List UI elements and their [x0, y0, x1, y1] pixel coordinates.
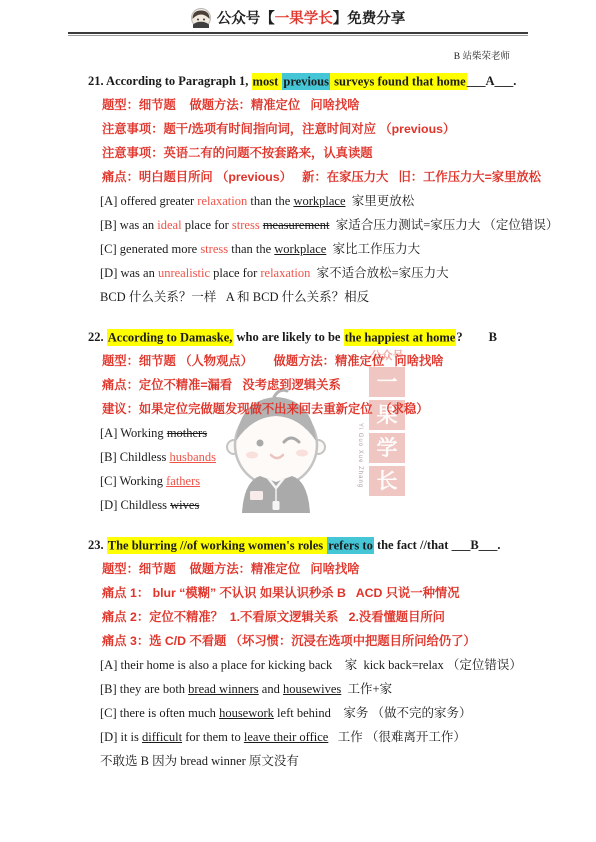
option-b: [B] was an ideal place for stress measur… [100, 217, 560, 233]
analysis-line: 注意事项：题干/选项有时间指向词，注意时间对应 （previous） [102, 121, 560, 137]
byline-author: B 站柴荣老师 [0, 48, 510, 62]
yellow-highlighted-text: According to Damaske, [107, 329, 234, 346]
analysis-line: 痛点 2：定位不精准？ 1.不看原文逻辑关系 2.没看懂题目所问 [102, 609, 560, 625]
text-segment: [A] their home is also a place for kicki… [100, 658, 522, 672]
text-segment: for them to [182, 730, 244, 744]
answer-blank: ___A___. [467, 74, 517, 88]
option-c: [C] generated more stress than the workp… [100, 241, 560, 257]
turquoise-highlighted-text: previous [282, 73, 330, 90]
header-title: 公众号【一果学长】免费分享 [217, 7, 406, 28]
document-page: 公众号【一果学长】免费分享 B 站柴荣老师 公众号 一 果 学 长 Yi Gu [0, 0, 596, 842]
header-title-prefix: 公众号【 [217, 11, 275, 27]
chinese-annotation: 工作+家 [341, 682, 392, 696]
text-segment: who are likely to be [233, 330, 343, 344]
text-segment: [A] offered greater [100, 194, 197, 208]
analysis-line: 题型：细节题 做题方法：精准定位 问啥找啥 [102, 97, 560, 113]
keyword-red: relaxation [260, 266, 310, 280]
text-segment: 21. According to Paragraph 1, [88, 74, 252, 88]
keyword-underlined: housewives [283, 682, 341, 696]
text-segment: place for [210, 266, 260, 280]
yellow-highlighted-text: The blurring //of working women's roles [107, 537, 328, 554]
text-segment: [B] they are both [100, 682, 188, 696]
question-23-note: 不敢选 B 因为 bread winner 原文没有 [100, 753, 560, 769]
option-d: [D] it is difficult for them to leave th… [100, 729, 560, 745]
option-a: [A] their home is also a place for kicki… [100, 657, 560, 673]
question-21-section: 21. According to Paragraph 1, most previ… [88, 73, 560, 305]
option-d: [D] was an unrealistic place for relaxat… [100, 265, 560, 281]
chinese-annotation: 家不适合放松=家压力大 [310, 266, 448, 280]
text-segment: [D] it is [100, 730, 142, 744]
keyword-underlined: leave their office [244, 730, 328, 744]
analysis-line: 题型：细节题 做题方法：精准定位 问啥找啥 [102, 561, 560, 577]
text-segment: the fact //that ___B___. [374, 538, 501, 552]
yellow-highlighted-text: most [252, 73, 283, 90]
text-segment: [C] Working [100, 474, 166, 488]
keyword-struck: wives [170, 498, 199, 512]
question-23-section: 23. The blurring //of working women's ro… [88, 537, 560, 769]
question-23-title: 23. The blurring //of working women's ro… [88, 537, 560, 553]
keyword-red: ideal [157, 218, 181, 232]
keyword-red: stress [200, 242, 228, 256]
keyword-red: relaxation [197, 194, 247, 208]
option-a: [A] Working mothers [100, 425, 560, 441]
yellow-highlighted-text: the happiest at home [344, 329, 457, 346]
yellow-highlighted-text: surveys found that home [330, 73, 467, 90]
chinese-annotation: 家比工作压力大 [326, 242, 420, 256]
avatar-icon [191, 8, 211, 28]
keyword-underlined: workplace [293, 194, 345, 208]
text-segment: and [259, 682, 283, 696]
keyword-underlined: workplace [274, 242, 326, 256]
analysis-line: 注意事项：英语二有的问题不按套路来，认真读题 [102, 145, 560, 161]
option-a: [A] offered greater relaxation than the … [100, 193, 560, 209]
page-header: 公众号【一果学长】免费分享 [0, 0, 596, 28]
analysis-line: 题型：细节题 （人物观点） 做题方法：精准定位 问啥找啥 [102, 353, 560, 369]
keyword-underlined: difficult [142, 730, 182, 744]
text-segment: [D] Childless [100, 498, 170, 512]
text-segment: than the [228, 242, 274, 256]
text-segment: [C] generated more [100, 242, 200, 256]
text-segment: [D] was an [100, 266, 158, 280]
keyword-red: stress [232, 218, 263, 232]
keyword-underlined: bread winners [188, 682, 258, 696]
option-c: [C] there is often much housework left b… [100, 705, 560, 721]
answer-letter: B [489, 330, 497, 344]
question-22-title: 22. According to Damaske, who are likely… [88, 329, 560, 345]
chinese-annotation: 家适合压力测试=家压力大 （定位错误） [329, 218, 558, 232]
header-title-suffix: 】免费分享 [333, 11, 406, 27]
keyword-red: unrealistic [158, 266, 210, 280]
keyword-struck: measurement [263, 218, 330, 232]
text-segment: [B] was an [100, 218, 157, 232]
text-segment: place for [182, 218, 232, 232]
option-d: [D] Childless wives [100, 497, 560, 513]
analysis-line: 痛点：定位不精准=漏看 没考虑到逻辑关系 [102, 377, 560, 393]
text-segment: [A] Working [100, 426, 167, 440]
text-segment: [B] Childless [100, 450, 169, 464]
notes-content: 21. According to Paragraph 1, most previ… [88, 73, 560, 769]
keyword-struck: mothers [167, 426, 207, 440]
question-21-title: 21. According to Paragraph 1, most previ… [88, 73, 560, 89]
analysis-line: 痛点：明白题目所问 （previous） 新：在家压力大 旧：工作压力大=家里放… [102, 169, 560, 185]
analysis-line: 痛点 1： blur “模糊” 不认识 如果认识秒杀 B ACD 只说一种情况 [102, 585, 560, 601]
option-b: [B] Childless husbands [100, 449, 560, 465]
option-b: [B] they are both bread winners and hous… [100, 681, 560, 697]
text-segment: 23. [88, 538, 107, 552]
keyword-underlined: housework [219, 706, 274, 720]
text-segment: ? [456, 330, 462, 344]
chinese-annotation: 工作 （很难离开工作） [328, 730, 466, 744]
chinese-annotation: 家里更放松 [346, 194, 415, 208]
text-segment: than the [247, 194, 293, 208]
turquoise-highlighted-text: refers to [327, 537, 374, 554]
text-segment: 22. [88, 330, 107, 344]
analysis-line: 痛点 3：选 C/D 不看题 （坏习惯：沉浸在选项中把题目所问给仍了） [102, 633, 560, 649]
header-divider [68, 32, 528, 36]
text-segment: [C] there is often much [100, 706, 219, 720]
question-21-note: BCD 什么关系？一样 A 和 BCD 什么关系？相反 [100, 289, 560, 305]
question-22-section: 22. According to Damaske, who are likely… [88, 329, 560, 513]
header-brand-name: 一果学长 [275, 11, 333, 27]
keyword-red-underlined: fathers [166, 474, 200, 488]
option-c: [C] Working fathers [100, 473, 560, 489]
keyword-red-underlined: husbands [169, 450, 216, 464]
text-segment: left behind 家务 （做不完的家务） [274, 706, 472, 720]
analysis-line: 建议：如果定位完做题发现做不出来回去重新定位 （求稳） [102, 401, 560, 417]
